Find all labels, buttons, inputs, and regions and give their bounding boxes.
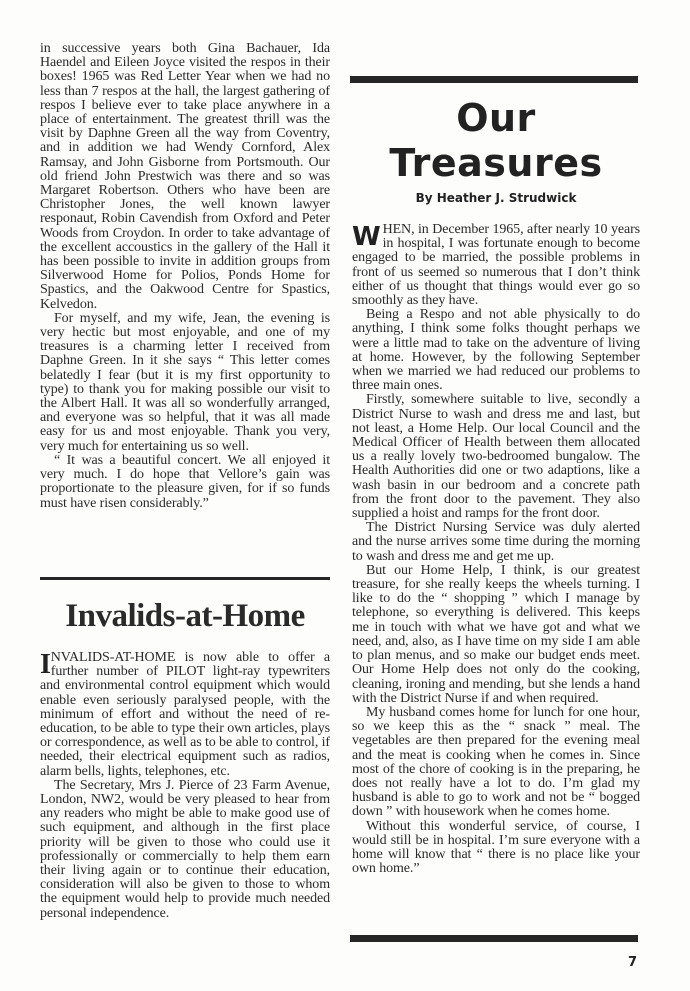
treasures-paragraph: The District Nursing Service was duly al… xyxy=(352,521,640,564)
treasures-title-text: Our Treasures xyxy=(389,96,602,185)
treasures-article-body: WHEN, in December 1965, after nearly 10 … xyxy=(352,223,640,876)
drop-cap: I xyxy=(40,653,51,677)
top-divider xyxy=(350,76,638,83)
treasures-lead-paragraph: WHEN, in December 1965, after nearly 10 … xyxy=(352,223,640,308)
section-divider xyxy=(40,577,330,580)
invalids-title: Invalids-at-Home xyxy=(40,598,330,635)
lead-text: HEN, in December 1965, after nearly 10 y… xyxy=(352,222,640,308)
drop-cap: W xyxy=(352,225,381,249)
lead-text: NVALIDS-AT-HOME is now able to offer a f… xyxy=(40,650,330,779)
byline: By Heather J. Strudwick xyxy=(352,191,640,205)
invalids-lead-paragraph: INVALIDS-AT-HOME is now able to offer a … xyxy=(40,651,330,779)
continued-paragraph: For myself, and my wife, Jean, the eveni… xyxy=(40,312,330,454)
treasures-paragraph: But our Home Help, I think, is our great… xyxy=(352,564,640,706)
treasures-paragraph: Firstly, somewhere suitable to live, sec… xyxy=(352,393,640,521)
treasures-paragraph: Without this wonderful service, of cours… xyxy=(352,820,640,877)
bottom-divider xyxy=(350,935,638,942)
continued-paragraph: “ It was a beautiful concert. We all enj… xyxy=(40,454,330,511)
continued-paragraph: in successive years both Gina Bachauer, … xyxy=(40,42,330,312)
invalids-paragraph: The Secretary, Mrs J. Pierce of 23 Farm … xyxy=(40,779,330,921)
continued-article: in successive years both Gina Bachauer, … xyxy=(40,42,330,511)
treasures-paragraph: Being a Respo and not able physically to… xyxy=(352,308,640,393)
invalids-article-body: INVALIDS-AT-HOME is now able to offer a … xyxy=(40,651,330,921)
treasures-paragraph: My husband comes home for lunch for one … xyxy=(352,706,640,820)
treasures-title: Our Treasures xyxy=(352,96,640,186)
page-number: 7 xyxy=(628,955,637,970)
